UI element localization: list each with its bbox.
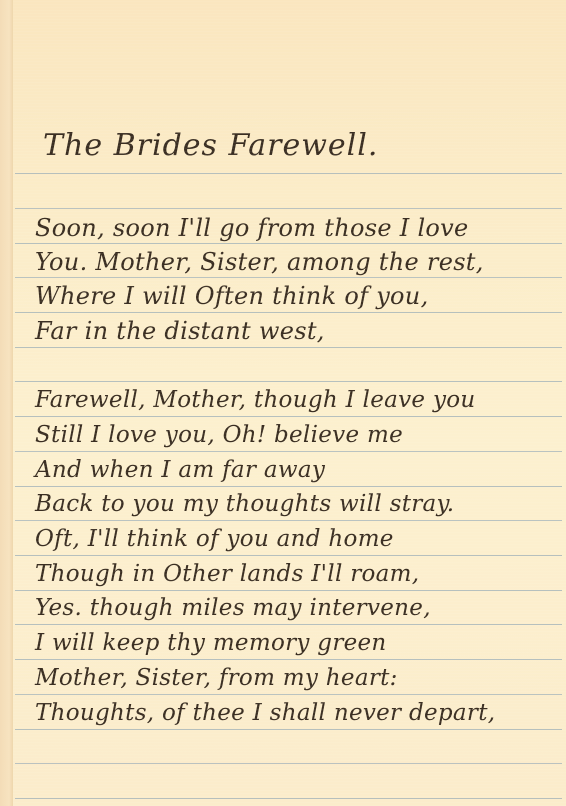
stanza-2-line-7: Yes. though miles may intervene, <box>35 595 431 621</box>
stanza-2-line-5: Oft, I'll think of you and home <box>35 526 394 552</box>
stanza-1-line-3: Where I will Often think of you, <box>35 282 429 310</box>
ruled-line <box>15 555 562 556</box>
ruled-line <box>15 277 562 278</box>
ruled-line <box>15 624 562 625</box>
ruled-line <box>15 416 562 417</box>
ruled-line <box>15 520 562 521</box>
stanza-2-line-3: And when I am far away <box>35 457 325 483</box>
ruled-line <box>15 381 562 382</box>
letter-title: The Brides Farewell. <box>43 128 378 163</box>
ruled-line <box>15 694 562 695</box>
stanza-1-line-4: Far in the distant west, <box>35 317 325 345</box>
ruled-line <box>15 347 562 348</box>
ruled-line <box>15 659 562 660</box>
paper-left-edge <box>0 0 13 806</box>
stanza-1-line-1: Soon, soon I'll go from those I love <box>35 214 469 242</box>
stanza-2-line-8: I will keep thy memory green <box>35 630 387 656</box>
ruled-line <box>15 312 562 313</box>
ruled-line <box>15 451 562 452</box>
ruled-line <box>15 729 562 730</box>
ruled-line <box>15 173 562 174</box>
ruled-line <box>15 486 562 487</box>
stanza-2-line-1: Farewell, Mother, though I leave you <box>35 387 476 413</box>
stanza-2-line-9: Mother, Sister, from my heart: <box>35 665 398 691</box>
stanza-2-line-4: Back to you my thoughts will stray. <box>35 491 454 517</box>
ruled-line <box>15 763 562 764</box>
ruled-paper-page: The Brides Farewell. Soon, soon I'll go … <box>13 0 566 806</box>
ruled-line <box>15 243 562 244</box>
stanza-2-line-6: Though in Other lands I'll roam, <box>35 561 419 587</box>
stanza-1-line-2: You. Mother, Sister, among the rest, <box>35 248 484 276</box>
stanza-2-line-10: Thoughts, of thee I shall never depart, <box>35 700 495 726</box>
stanza-2-line-2: Still I love you, Oh! believe me <box>35 422 403 448</box>
ruled-line <box>15 590 562 591</box>
ruled-line <box>15 208 562 209</box>
ruled-line <box>15 798 562 799</box>
